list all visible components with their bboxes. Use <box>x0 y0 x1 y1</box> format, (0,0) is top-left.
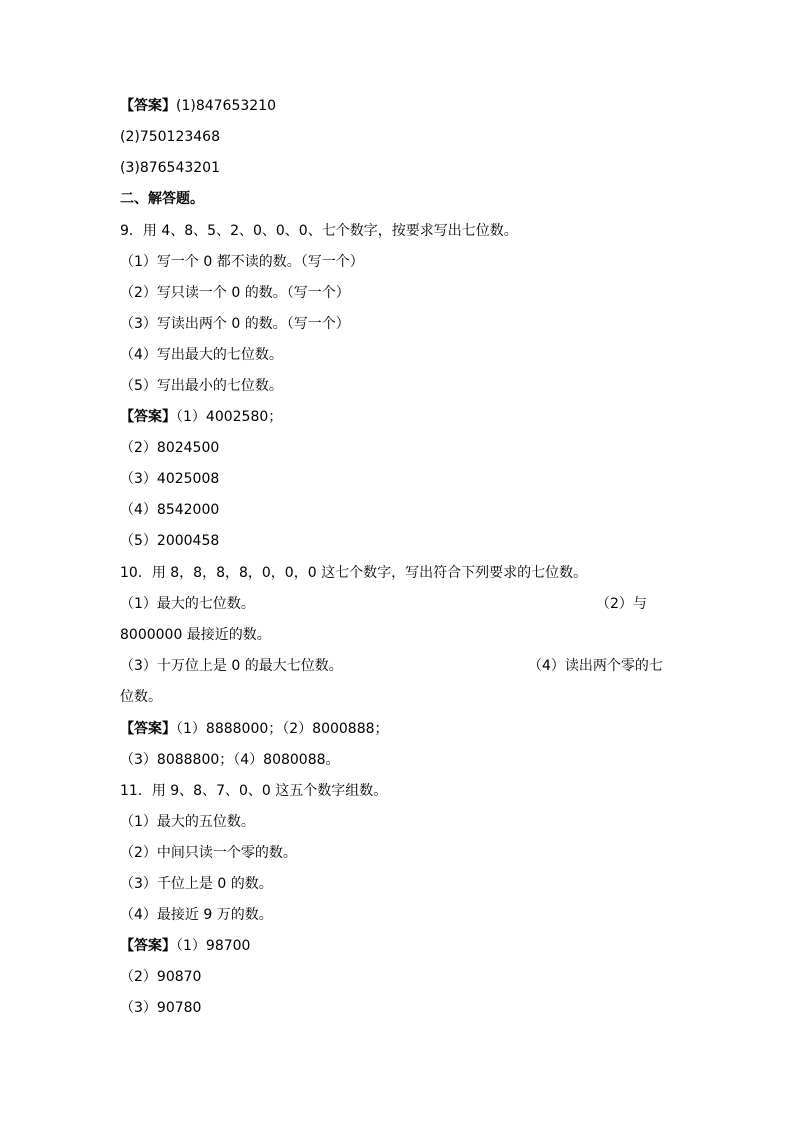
q9-answer-line-4: （4）8542000 <box>120 501 219 519</box>
q10-part-2-start: （2）与 <box>596 595 647 613</box>
q10-part-4-start: （4）读出两个零的七 <box>528 657 663 675</box>
prev-answer-line-3: (3)876543201 <box>120 159 220 177</box>
answer-text: （1）98700 <box>176 938 250 954</box>
q10-parts-row-1: （1）最大的七位数。 （2）与 <box>120 595 660 613</box>
q10-answer-line-2: （3）8088800；（4）8080088。 <box>120 751 340 769</box>
q11-answer-line-2: （2）90870 <box>120 968 201 986</box>
q9-stem: 9．用 4、8、5、2、0、0、0、七个数字，按要求写出七位数。 <box>120 222 518 240</box>
q10-answer-line-1: 【答案】（1）8888000；（2）8000888； <box>120 720 389 738</box>
q9-answer-line-5: （5）2000458 <box>120 532 219 550</box>
q9-part-2: （2）写只读一个 0 的数。（写一个） <box>120 284 350 302</box>
q9-answer-line-2: （2）8024500 <box>120 439 219 457</box>
prev-answer-line-2: (2)750123468 <box>120 128 220 146</box>
q9-part-1: （1）写一个 0 都不读的数。（写一个） <box>120 253 364 271</box>
q10-part-4-end: 位数。 <box>120 688 162 706</box>
q9-part-3: （3）写读出两个 0 的数。（写一个） <box>120 315 350 333</box>
q9-answer-line-3: （3）4025008 <box>120 470 219 488</box>
answer-label: 【答案】 <box>120 409 176 425</box>
q9-part-5: （5）写出最小的七位数。 <box>120 377 283 395</box>
q10-part-3: （3）十万位上是 0 的最大七位数。 <box>120 658 343 674</box>
answer-label: 【答案】 <box>120 98 176 114</box>
document-page: 【答案】(1)847653210 (2)750123468 (3)8765432… <box>0 0 793 1122</box>
q11-stem: 11．用 9、8、7、0、0 这五个数字组数。 <box>120 782 387 800</box>
q11-answer-line-3: （3）90780 <box>120 999 201 1017</box>
q11-part-2: （2）中间只读一个零的数。 <box>120 844 297 862</box>
q10-stem: 10．用 8，8，8，8，0，0，0 这七个数字，写出符合下列要求的七位数。 <box>120 564 587 582</box>
q10-part-1: （1）最大的七位数。 <box>120 596 255 612</box>
answer-text: （1）4002580； <box>176 409 282 425</box>
q11-part-3: （3）千位上是 0 的数。 <box>120 875 273 893</box>
q11-part-4: （4）最接近 9 万的数。 <box>120 906 273 924</box>
answer-label: 【答案】 <box>120 721 176 737</box>
q10-part-2-end: 8000000 最接近的数。 <box>120 626 271 644</box>
answer-text: (1)847653210 <box>176 98 276 114</box>
q9-part-4: （4）写出最大的七位数。 <box>120 346 283 364</box>
q11-part-1: （1）最大的五位数。 <box>120 813 255 831</box>
prev-answer-line-1: 【答案】(1)847653210 <box>120 97 276 115</box>
q9-answer-line-1: 【答案】（1）4002580； <box>120 408 282 426</box>
q10-parts-row-2: （3）十万位上是 0 的最大七位数。 （4）读出两个零的七 <box>120 657 680 675</box>
answer-text: （1）8888000；（2）8000888； <box>176 721 389 737</box>
answer-label: 【答案】 <box>120 938 176 954</box>
q11-answer-line-1: 【答案】（1）98700 <box>120 937 250 955</box>
section-title: 二、解答题。 <box>120 190 204 208</box>
